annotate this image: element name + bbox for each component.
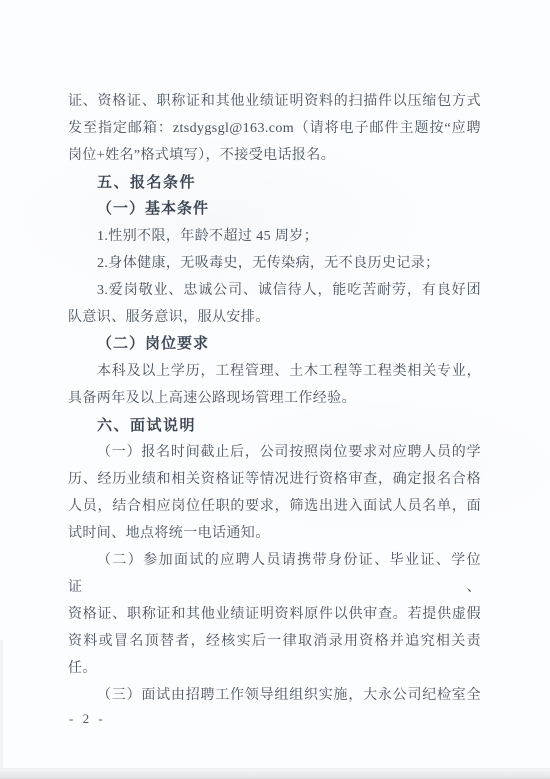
paragraph-line: 资格证、职称证和其他业绩证明资料原件以供审查。若提供虚假: [68, 601, 481, 628]
section-heading-5: 五、报名条件: [68, 169, 481, 196]
subsection-heading-2: （二）岗位要求: [68, 331, 481, 358]
page-number: - 2 -: [69, 710, 106, 728]
paragraph-line: 资料或冒名顶替者，经核实后一律取消录用资格并追究相关责: [68, 628, 481, 655]
scan-edge-left: [0, 640, 3, 770]
paragraph-line: 证、资格证、职称证和其他业绩证明资料的扫描件以压缩包方式: [68, 88, 481, 115]
scanned-document-page: 证、资格证、职称证和其他业绩证明资料的扫描件以压缩包方式 发至指定邮箱：ztsd…: [0, 0, 550, 779]
paragraph-line: 具备两年及以上高速公路现场管理工作经验。: [68, 385, 481, 412]
paragraph-line: （一）报名时间截止后，公司按照岗位要求对应聘人员的学: [68, 439, 481, 466]
paragraph-line: （二）参加面试的应聘人员请携带身份证、毕业证、学位证、: [68, 547, 481, 601]
paragraph-line: （三）面试由招聘工作领导组组织实施，大永公司纪检室全: [68, 682, 481, 709]
document-body: 证、资格证、职称证和其他业绩证明资料的扫描件以压缩包方式 发至指定邮箱：ztsd…: [68, 88, 481, 709]
paragraph-line: 试时间、地点将统一电话通知。: [68, 520, 481, 547]
paragraph-line: 历、经历业绩和相关资格证等情况进行资格审查，确定报名合格: [68, 466, 481, 493]
list-item-2: 2.身体健康，无吸毒史，无传染病，无不良历史记录；: [68, 250, 481, 277]
paragraph-line: 本科及以上学历，工程管理、土木工程等工程类相关专业，: [68, 358, 481, 385]
section-heading-6: 六、面试说明: [68, 412, 481, 439]
list-item-1: 1.性别不限，年龄不超过 45 周岁；: [68, 223, 481, 250]
list-item-3: 3.爱岗敬业、忠诚公司、诚信待人，能吃苦耐劳，有良好团: [68, 277, 481, 304]
paragraph-line-email: 发至指定邮箱：ztsdygsgl@163.com（请将电子邮件主题按“应聘: [68, 115, 481, 142]
paragraph-line: 队意识、服务意识，服从安排。: [68, 304, 481, 331]
subsection-heading-1: （一）基本条件: [68, 196, 481, 223]
paragraph-line: 岗位+姓名”格式填写），不接受电话报名。: [68, 142, 481, 169]
paragraph-line: 任。: [68, 655, 481, 682]
paragraph-line: 人员，结合相应岗位任职的要求，筛选出进入面试人员名单，面: [68, 493, 481, 520]
scan-edge-bottom: [0, 768, 550, 779]
